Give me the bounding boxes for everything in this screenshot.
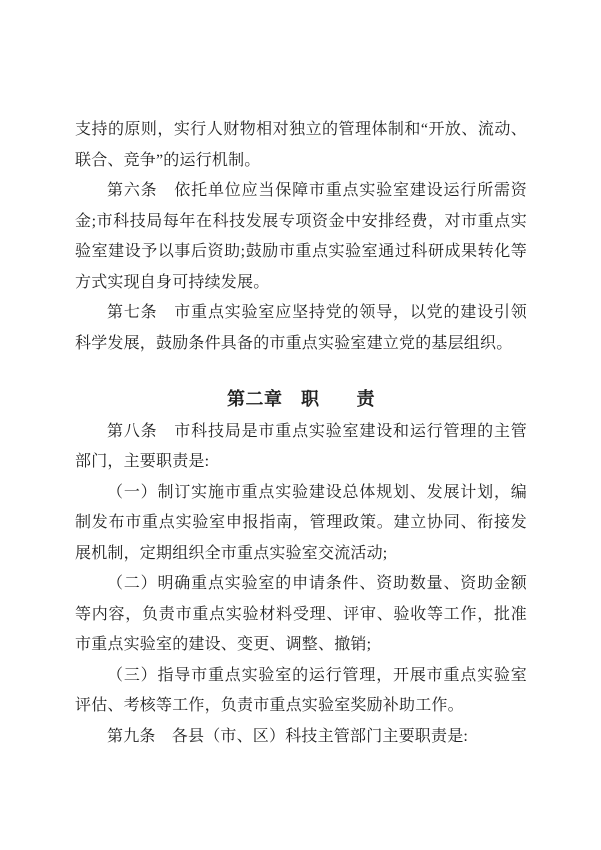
- paragraph: 第九条 各县（市、区）科技主管部门主要职责是:: [75, 722, 527, 753]
- paragraph: 支持的原则，实行人财物相对独立的管理体制和“开放、流动、联合、竞争”的运行机制。: [75, 115, 527, 176]
- document-body: 支持的原则，实行人财物相对独立的管理体制和“开放、流动、联合、竞争”的运行机制。…: [75, 115, 527, 752]
- chapter-heading: 第二章 职 责: [75, 384, 527, 415]
- paragraph: 第七条 市重点实验室应坚持党的领导，以党的建设引领科学发展，鼓励条件具备的市重点…: [75, 298, 527, 359]
- paragraph: 第六条 依托单位应当保障市重点实验室建设运行所需资金;市科技局每年在科技发展专项…: [75, 176, 527, 298]
- paragraph: （一）制订实施市重点实验建设总体规划、发展计划，编制发布市重点实验室申报指南，管…: [75, 478, 527, 570]
- paragraph: 第八条 市科技局是市重点实验室建设和运行管理的主管部门，主要职责是:: [75, 417, 527, 478]
- document-page: 支持的原则，实行人财物相对独立的管理体制和“开放、流动、联合、竞争”的运行机制。…: [0, 0, 601, 850]
- paragraph: （三）指导市重点实验室的运行管理，开展市重点实验室评估、考核等工作，负责市重点实…: [75, 661, 527, 722]
- paragraph: （二）明确重点实验室的申请条件、资助数量、资助金额等内容，负责市重点实验材料受理…: [75, 569, 527, 661]
